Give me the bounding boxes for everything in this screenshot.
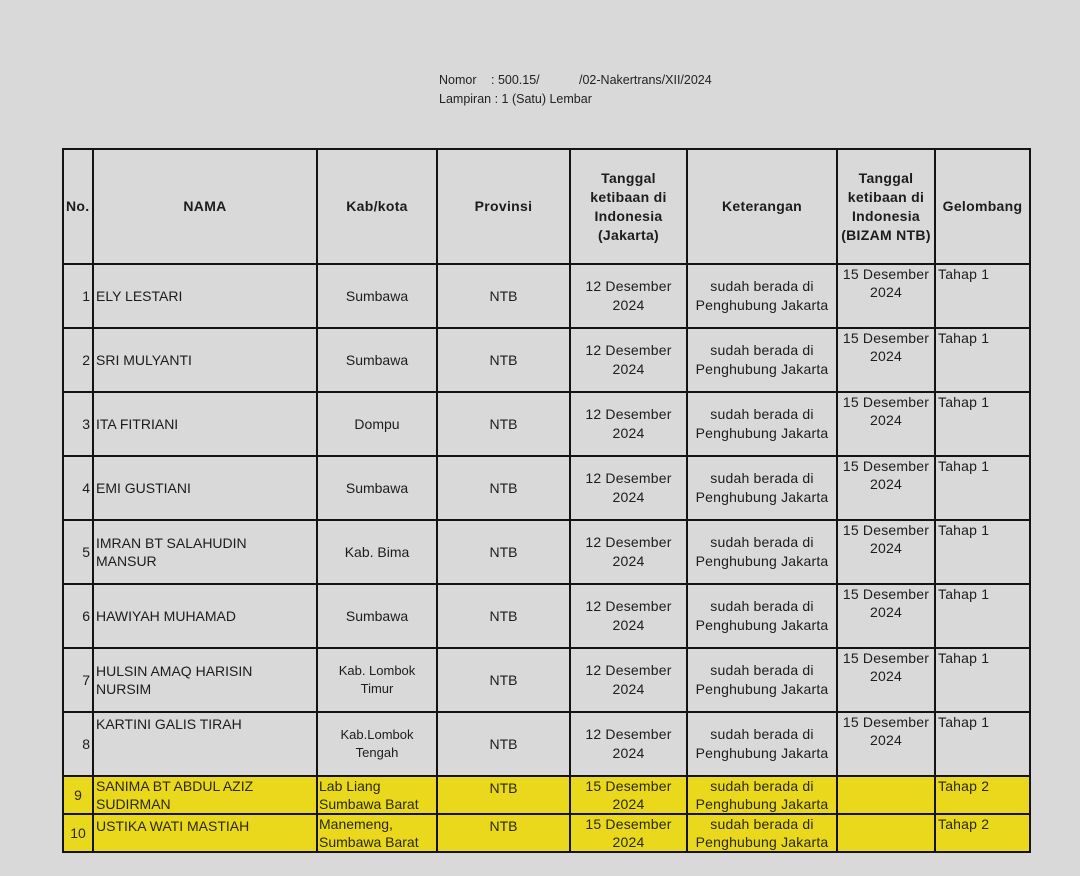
cell-keterangan: sudah berada diPenghubung Jakarta — [687, 584, 837, 648]
cell-keterangan: sudah berada diPenghubung Jakarta — [687, 776, 837, 814]
cell-kab-kota: Dompu — [317, 392, 437, 456]
cell-provinsi: NTB — [437, 328, 570, 392]
cell-kab-kota: Sumbawa — [317, 328, 437, 392]
cell-no: 2 — [63, 328, 93, 392]
cell-no: 4 — [63, 456, 93, 520]
cell-keterangan: sudah berada diPenghubung Jakarta — [687, 264, 837, 328]
cell-kab-kota: Kab.LombokTengah — [317, 712, 437, 776]
cell-gelombang: Tahap 1 — [935, 712, 1030, 776]
table-row: 5IMRAN BT SALAHUDINMANSURKab. BimaNTB12 … — [63, 520, 1030, 584]
header-tanggal-ntb: Tanggal ketibaan di Indonesia (BIZAM NTB… — [837, 149, 935, 264]
cell-tanggal-jakarta: 15 Desember2024 — [570, 814, 687, 852]
cell-gelombang: Tahap 1 — [935, 584, 1030, 648]
worker-arrival-table: No. NAMA Kab/kota Provinsi Tanggal ketib… — [62, 148, 1031, 853]
cell-gelombang: Tahap 1 — [935, 392, 1030, 456]
cell-nama: EMI GUSTIANI — [93, 456, 317, 520]
table-row: 2SRI MULYANTISumbawaNTB12 Desember2024su… — [63, 328, 1030, 392]
cell-tanggal-jakarta: 12 Desember2024 — [570, 456, 687, 520]
letter-header: Nomor: 500.15//02-Nakertrans/XII/2024 La… — [439, 71, 712, 109]
cell-nama: ELY LESTARI — [93, 264, 317, 328]
cell-gelombang: Tahap 1 — [935, 456, 1030, 520]
cell-tanggal-jakarta: 12 Desember2024 — [570, 648, 687, 712]
header-keterangan: Keterangan — [687, 149, 837, 264]
cell-provinsi: NTB — [437, 776, 570, 814]
cell-tanggal-ntb: 15 Desember2024 — [837, 520, 935, 584]
cell-kab-kota: Kab. Bima — [317, 520, 437, 584]
cell-tanggal-ntb: 15 Desember2024 — [837, 392, 935, 456]
cell-tanggal-ntb: 15 Desember2024 — [837, 584, 935, 648]
cell-provinsi: NTB — [437, 814, 570, 852]
cell-gelombang: Tahap 1 — [935, 648, 1030, 712]
header-gelombang: Gelombang — [935, 149, 1030, 264]
cell-gelombang: Tahap 1 — [935, 520, 1030, 584]
cell-nama: SRI MULYANTI — [93, 328, 317, 392]
header-no: No. — [63, 149, 93, 264]
cell-no: 7 — [63, 648, 93, 712]
cell-tanggal-jakarta: 12 Desember2024 — [570, 584, 687, 648]
cell-nama: SANIMA BT ABDUL AZIZSUDIRMAN — [93, 776, 317, 814]
table-row: 6HAWIYAH MUHAMADSumbawaNTB12 Desember202… — [63, 584, 1030, 648]
cell-tanggal-ntb: 15 Desember2024 — [837, 648, 935, 712]
cell-tanggal-jakarta: 12 Desember2024 — [570, 712, 687, 776]
cell-tanggal-ntb — [837, 814, 935, 852]
cell-tanggal-jakarta: 15 Desember2024 — [570, 776, 687, 814]
table-row: 1ELY LESTARISumbawaNTB12 Desember2024sud… — [63, 264, 1030, 328]
cell-nama: KARTINI GALIS TIRAH — [93, 712, 317, 776]
cell-gelombang: Tahap 1 — [935, 264, 1030, 328]
cell-keterangan: sudah berada diPenghubung Jakarta — [687, 456, 837, 520]
cell-nama: HULSIN AMAQ HARISINNURSIM — [93, 648, 317, 712]
cell-no: 5 — [63, 520, 93, 584]
cell-nama: HAWIYAH MUHAMAD — [93, 584, 317, 648]
cell-tanggal-ntb: 15 Desember2024 — [837, 264, 935, 328]
cell-gelombang: Tahap 1 — [935, 328, 1030, 392]
nomor-line: Nomor: 500.15//02-Nakertrans/XII/2024 — [439, 71, 712, 90]
table-row: 4EMI GUSTIANISumbawaNTB12 Desember2024su… — [63, 456, 1030, 520]
cell-no: 6 — [63, 584, 93, 648]
cell-provinsi: NTB — [437, 392, 570, 456]
cell-provinsi: NTB — [437, 712, 570, 776]
cell-nama: IMRAN BT SALAHUDINMANSUR — [93, 520, 317, 584]
cell-gelombang: Tahap 2 — [935, 776, 1030, 814]
cell-tanggal-ntb: 15 Desember2024 — [837, 328, 935, 392]
cell-tanggal-ntb: 15 Desember2024 — [837, 712, 935, 776]
nomor-number: : 500.15/ — [491, 71, 579, 90]
table-row: 8KARTINI GALIS TIRAHKab.LombokTengahNTB1… — [63, 712, 1030, 776]
cell-tanggal-jakarta: 12 Desember2024 — [570, 264, 687, 328]
cell-kab-kota: Manemeng,Sumbawa Barat — [317, 814, 437, 852]
cell-tanggal-ntb — [837, 776, 935, 814]
cell-provinsi: NTB — [437, 264, 570, 328]
header-provinsi: Provinsi — [437, 149, 570, 264]
cell-kab-kota: Sumbawa — [317, 264, 437, 328]
table-body: 1ELY LESTARISumbawaNTB12 Desember2024sud… — [63, 264, 1030, 852]
cell-no: 8 — [63, 712, 93, 776]
cell-no: 1 — [63, 264, 93, 328]
cell-kab-kota: Kab. LombokTimur — [317, 648, 437, 712]
cell-kab-kota: Sumbawa — [317, 456, 437, 520]
table-row: 3ITA FITRIANIDompuNTB12 Desember2024suda… — [63, 392, 1030, 456]
cell-tanggal-jakarta: 12 Desember2024 — [570, 392, 687, 456]
cell-nama: USTIKA WATI MASTIAH — [93, 814, 317, 852]
cell-no: 9 — [63, 776, 93, 814]
cell-keterangan: sudah berada diPenghubung Jakarta — [687, 392, 837, 456]
lampiran-line: Lampiran : 1 (Satu) Lembar — [439, 90, 712, 109]
cell-keterangan: sudah berada diPenghubung Jakarta — [687, 328, 837, 392]
cell-provinsi: NTB — [437, 584, 570, 648]
cell-no: 3 — [63, 392, 93, 456]
cell-provinsi: NTB — [437, 648, 570, 712]
nomor-suffix: /02-Nakertrans/XII/2024 — [579, 73, 712, 87]
cell-kab-kota: Sumbawa — [317, 584, 437, 648]
cell-gelombang: Tahap 2 — [935, 814, 1030, 852]
table-row: 10USTIKA WATI MASTIAHManemeng,Sumbawa Ba… — [63, 814, 1030, 852]
cell-tanggal-ntb: 15 Desember2024 — [837, 456, 935, 520]
cell-keterangan: sudah berada diPenghubung Jakarta — [687, 712, 837, 776]
cell-nama: ITA FITRIANI — [93, 392, 317, 456]
table-header-row: No. NAMA Kab/kota Provinsi Tanggal ketib… — [63, 149, 1030, 264]
table-row: 9SANIMA BT ABDUL AZIZSUDIRMANLab LiangSu… — [63, 776, 1030, 814]
cell-provinsi: NTB — [437, 520, 570, 584]
header-tanggal-jakarta: Tanggal ketibaan di Indonesia (Jakarta) — [570, 149, 687, 264]
cell-kab-kota: Lab LiangSumbawa Barat — [317, 776, 437, 814]
header-kab-kota: Kab/kota — [317, 149, 437, 264]
table-row: 7HULSIN AMAQ HARISINNURSIMKab. LombokTim… — [63, 648, 1030, 712]
cell-tanggal-jakarta: 12 Desember2024 — [570, 520, 687, 584]
cell-provinsi: NTB — [437, 456, 570, 520]
cell-keterangan: sudah berada diPenghubung Jakarta — [687, 814, 837, 852]
cell-keterangan: sudah berada diPenghubung Jakarta — [687, 648, 837, 712]
header-nama: NAMA — [93, 149, 317, 264]
nomor-label: Nomor — [439, 71, 491, 90]
cell-no: 10 — [63, 814, 93, 852]
cell-tanggal-jakarta: 12 Desember2024 — [570, 328, 687, 392]
cell-keterangan: sudah berada diPenghubung Jakarta — [687, 520, 837, 584]
